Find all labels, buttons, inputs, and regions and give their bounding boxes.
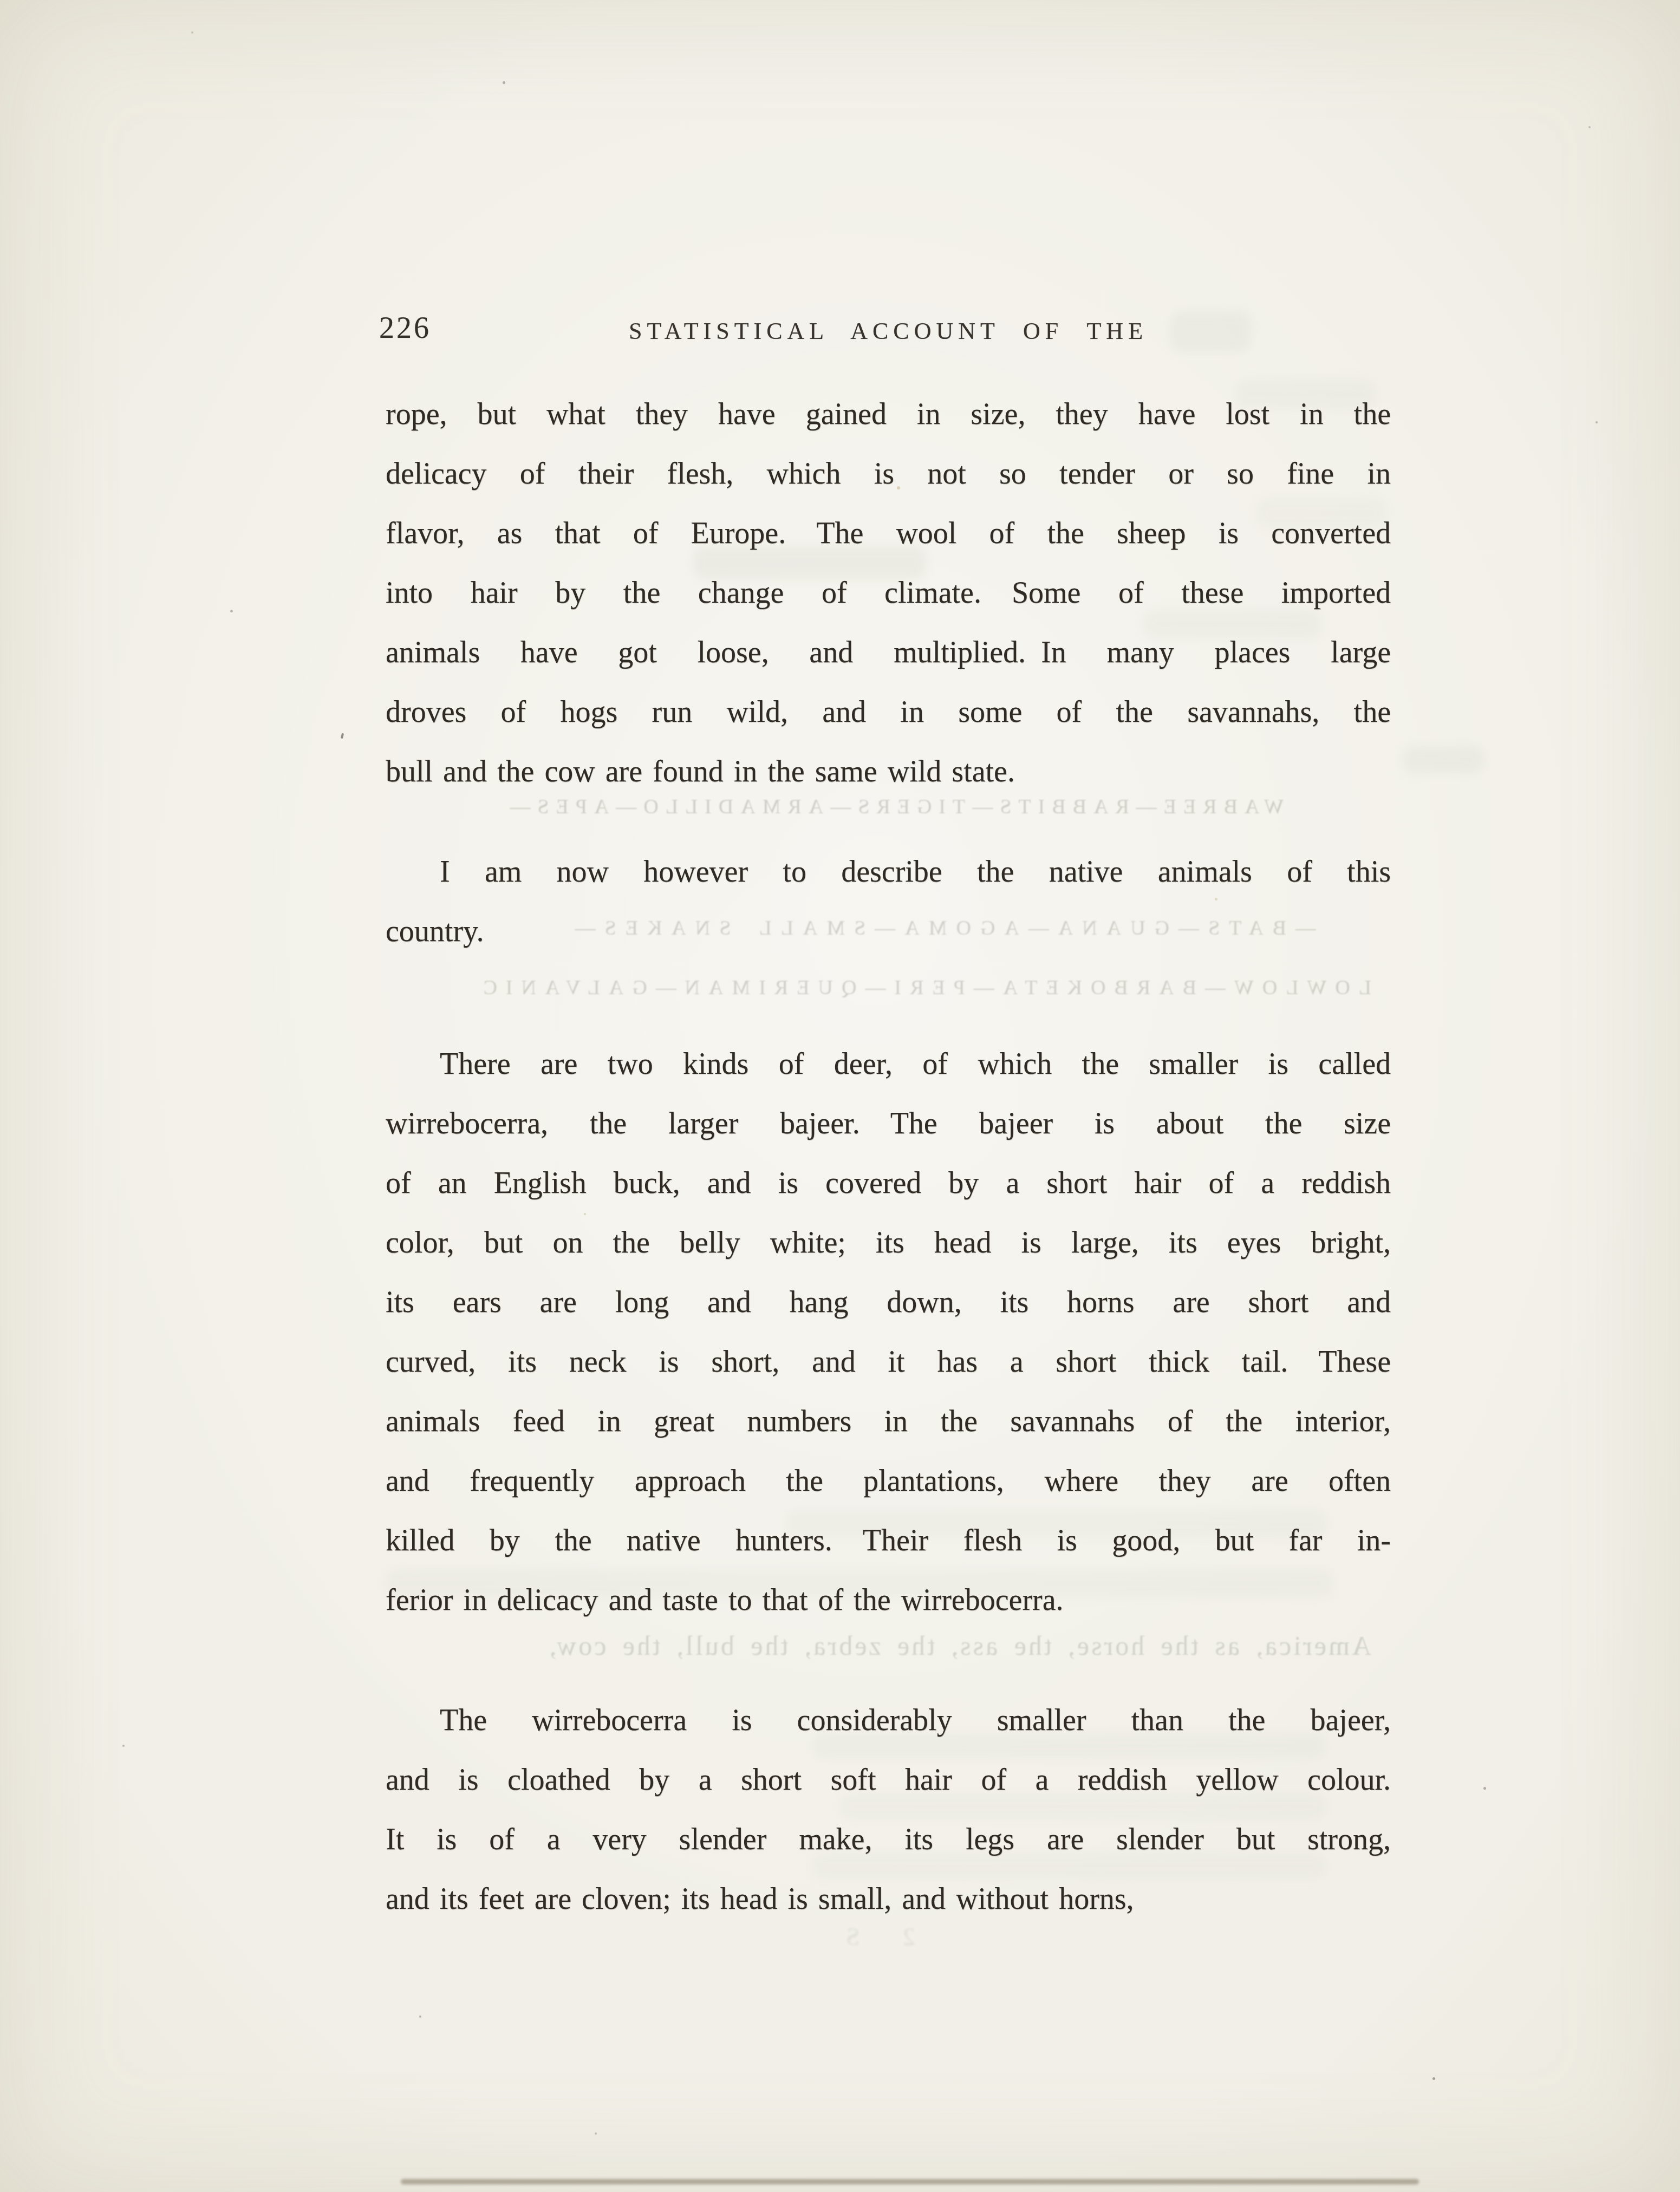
text-line: ferior in delicacy and taste to that of … [386, 1570, 1391, 1630]
paper-speck [1432, 2077, 1435, 2080]
text-line: I am now however to describe the native … [386, 842, 1391, 902]
text-line: animals feed in great numbers in the sav… [386, 1392, 1391, 1451]
bleed-through-text: America, as the horse, the ass, the zebr… [386, 1630, 1371, 1661]
text-line: delicacy of their flesh, which is not so… [386, 444, 1391, 504]
paper-speck [1596, 421, 1598, 423]
text-line: color, but on the belly white; its head … [386, 1213, 1391, 1273]
paper-speck [230, 610, 233, 612]
bleed-through-blur [1170, 311, 1251, 352]
text-line: droves of hogs run wild, and in some of … [386, 682, 1391, 742]
paper-speck [897, 486, 900, 490]
paper-speck [595, 2132, 597, 2135]
text-line: country. [386, 902, 1391, 961]
book-page-scan: 226 STATISTICAL ACCOUNT OF THE WABREE—RA… [0, 0, 1680, 2192]
text-line: wirrebocerra, the larger bajeer. The baj… [386, 1094, 1391, 1153]
paragraph: There are two kinds of deer, of which th… [386, 1034, 1391, 1630]
paragraph: rope, but what they have gained in size,… [386, 384, 1391, 801]
text-line: bull and the cow are found in the same w… [386, 742, 1391, 801]
paper-speck [1215, 898, 1217, 901]
paper-speck [122, 1745, 125, 1747]
text-line: killed by the native hunters. Their fles… [386, 1511, 1391, 1570]
bleed-through-text: LOWLOW—BARBOKETA—PERI—QUERIMAN—GALVANIC [385, 976, 1371, 1000]
paper-speck [341, 733, 344, 739]
bleed-through-blur [1403, 746, 1484, 773]
paragraph: I am now however to describe the native … [386, 842, 1391, 961]
text-line: flavor, as that of Europe. The wool of t… [386, 504, 1391, 563]
text-line: rope, but what they have gained in size,… [386, 384, 1391, 444]
text-line: of an English buck, and is covered by a … [386, 1153, 1391, 1213]
text-line: and its feet are cloven; its head is sma… [386, 1869, 1391, 1929]
page-edge-shadow [401, 2179, 1419, 2184]
text-line: animals have got loose, and multiplied. … [386, 623, 1391, 682]
text-line: and frequently approach the plantations,… [386, 1451, 1391, 1511]
text-line: It is of a very slender make, its legs a… [386, 1810, 1391, 1869]
paper-speck [1483, 1787, 1486, 1790]
paper-speck [1331, 1483, 1333, 1485]
paper-speck [503, 81, 505, 84]
paper-speck [1588, 126, 1591, 128]
text-line: and is cloathed by a short soft hair of … [386, 1750, 1391, 1810]
paragraph: The wirrebocerra is considerably smaller… [386, 1691, 1391, 1929]
paper-speck [584, 1213, 586, 1215]
paper-speck [191, 31, 193, 34]
text-line: its ears are long and hang down, its hor… [386, 1273, 1391, 1332]
text-line: There are two kinds of deer, of which th… [386, 1034, 1391, 1094]
paper-speck [419, 2015, 421, 2018]
text-line: curved, its neck is short, and it has a … [386, 1332, 1391, 1392]
text-line: The wirrebocerra is considerably smaller… [386, 1691, 1391, 1750]
text-line: into hair by the change of climate. Some… [386, 563, 1391, 623]
